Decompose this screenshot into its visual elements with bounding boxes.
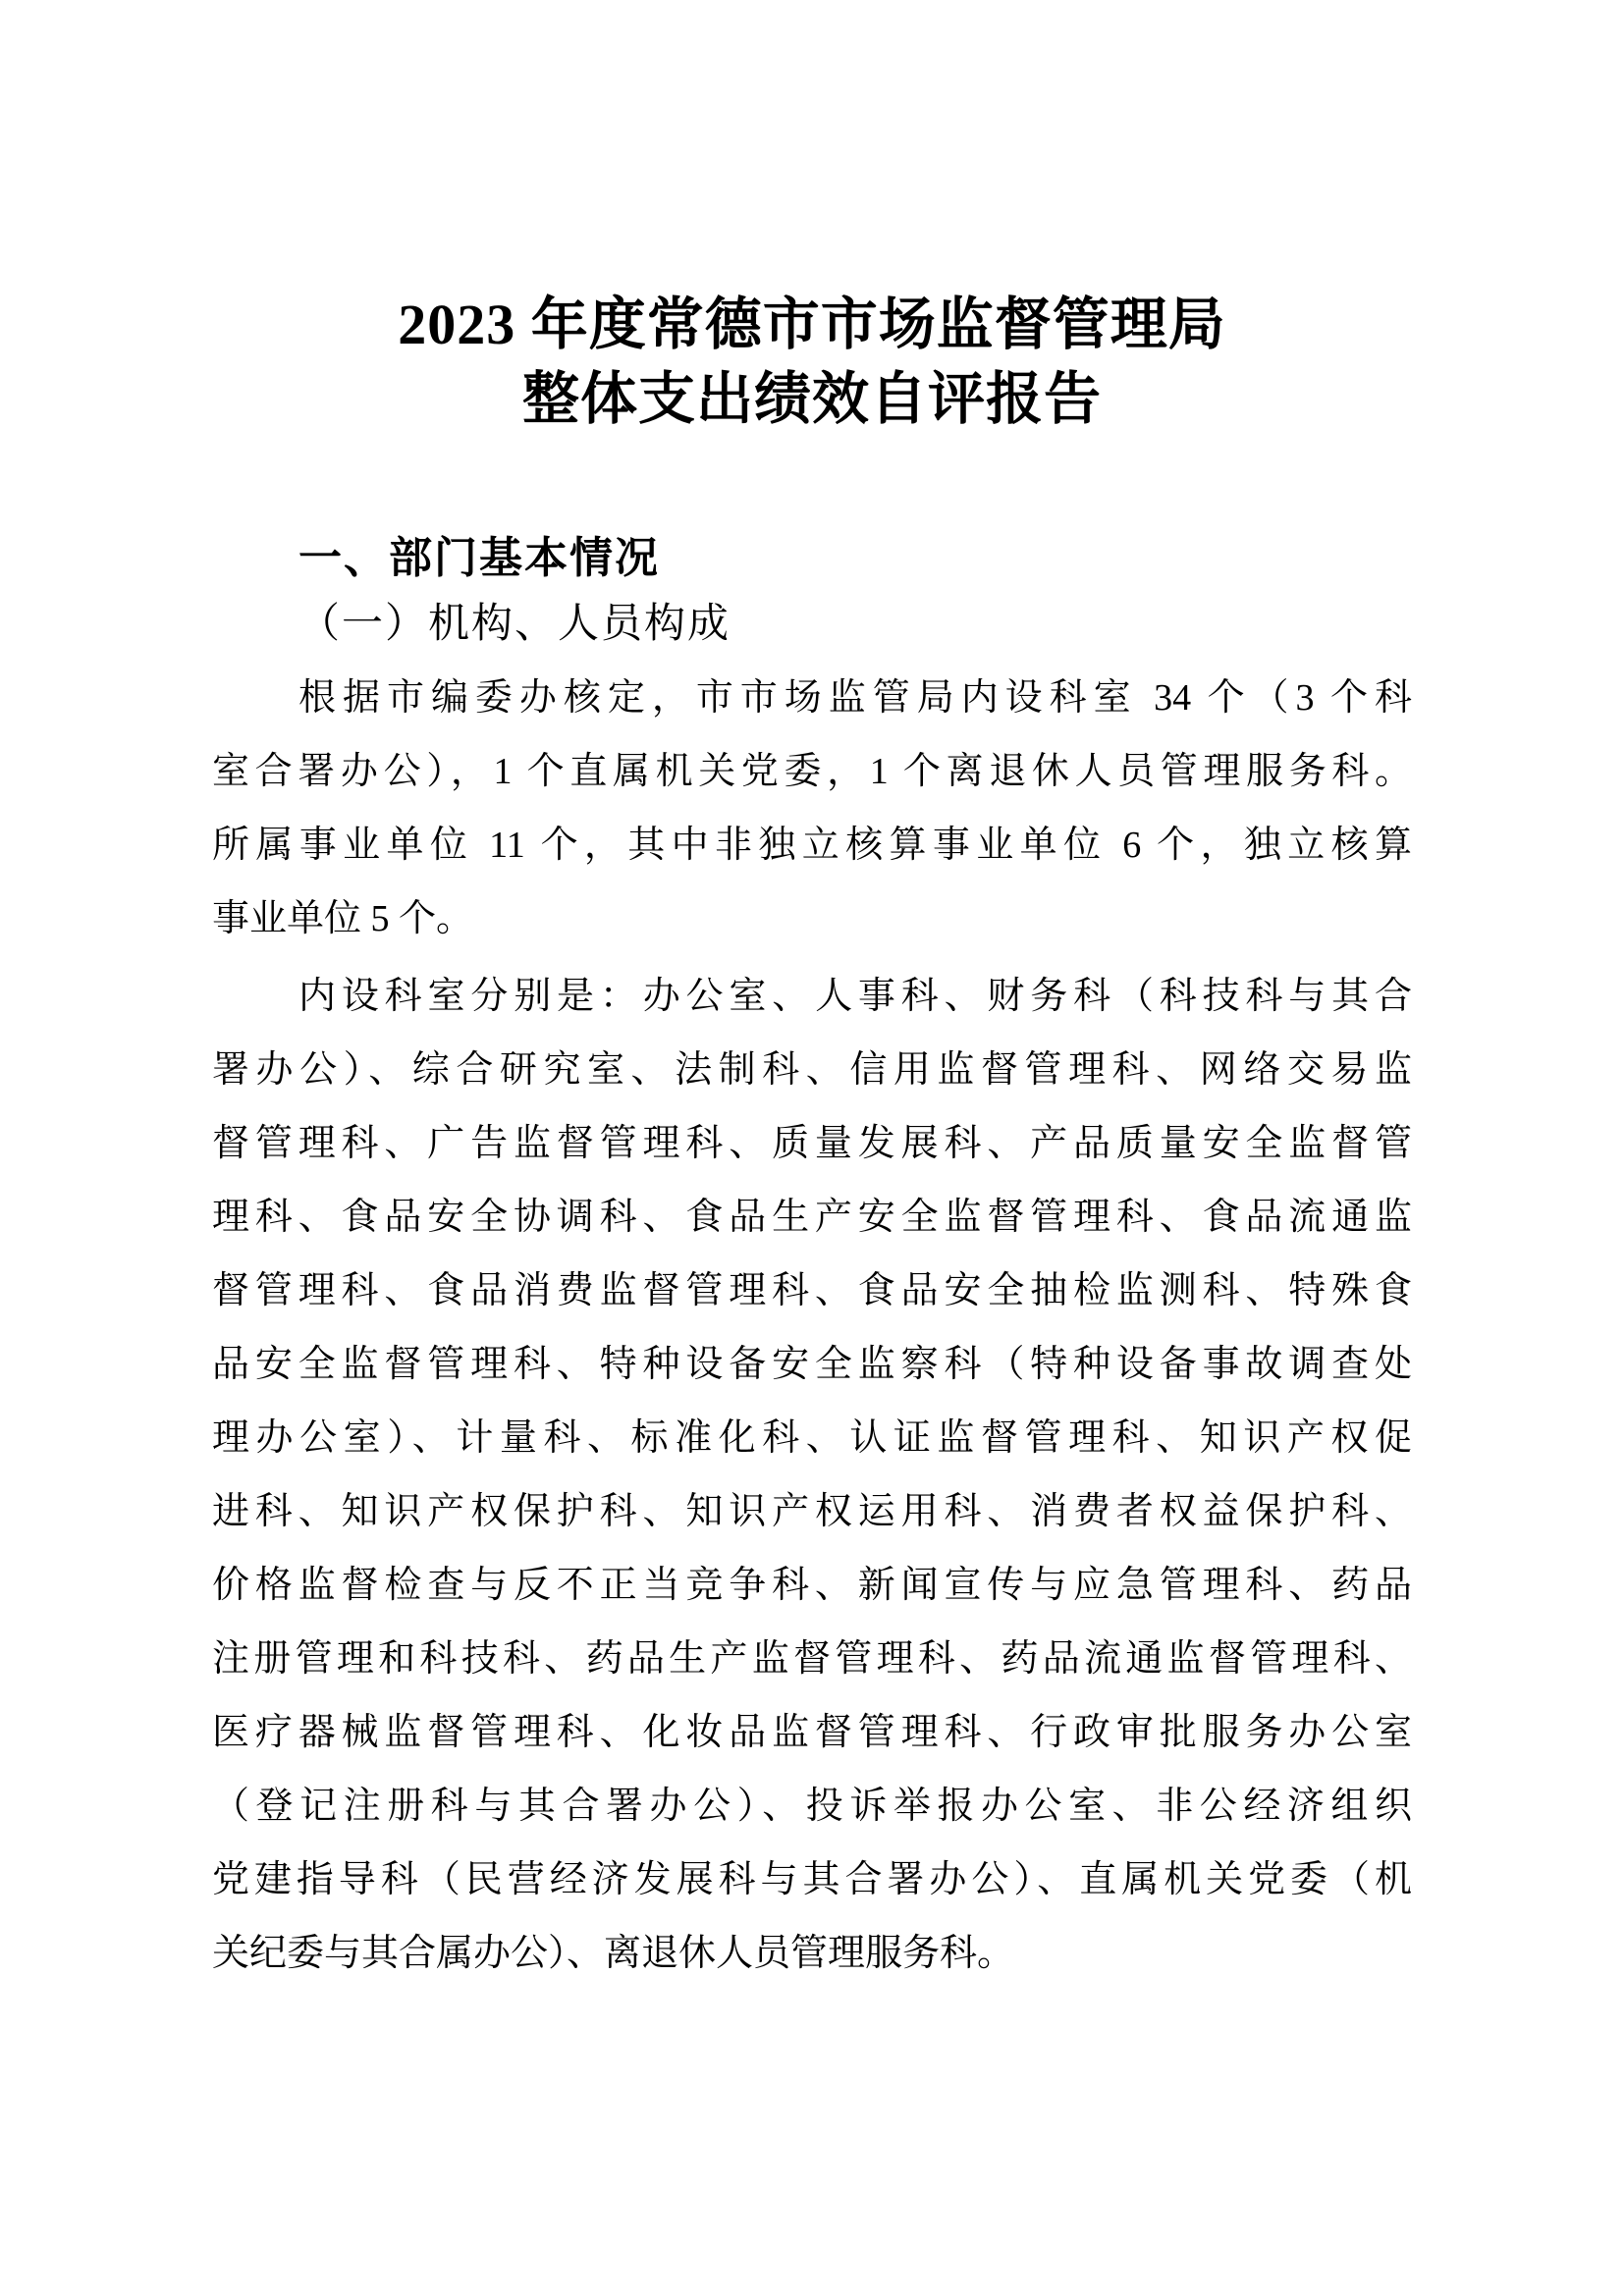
- text-line: 所属事业单位 11 个，其中非独立核算事业单位 6 个，独立核算: [212, 809, 1412, 882]
- text-line: 党建指导科（民营经济发展科与其合署办公）、直属机关党委（机: [212, 1843, 1412, 1917]
- text-line: 室合署办公），1 个直属机关党委，1 个离退休人员管理服务科。: [212, 735, 1412, 809]
- section-heading: 一、部门基本情况: [212, 530, 1412, 587]
- document-title-line-2: 整体支出绩效自评报告: [212, 362, 1412, 437]
- text-line: 督管理科、广告监督管理科、质量发展科、产品质量安全监督管: [212, 1107, 1412, 1181]
- document-page: 2023 年度常德市市场监督管理局 整体支出绩效自评报告 一、部门基本情况 （一…: [0, 0, 1624, 2296]
- text-line: 注册管理和科技科、药品生产监督管理科、药品流通监督管理科、: [212, 1623, 1412, 1696]
- text-line: 理科、食品安全协调科、食品生产安全监督管理科、食品流通监: [212, 1181, 1412, 1255]
- text-line: 关纪委与其合属办公）、离退休人员管理服务科。: [212, 1917, 1412, 1991]
- document-title-line-1: 2023 年度常德市市场监督管理局: [212, 288, 1412, 362]
- text-line: 督管理科、食品消费监督管理科、食品安全抽检监测科、特殊食: [212, 1255, 1412, 1328]
- text-line: 内设科室分别是：办公室、人事科、财务科（科技科与其合: [212, 960, 1412, 1034]
- text-line: 医疗器械监督管理科、化妆品监督管理科、行政审批服务办公室: [212, 1696, 1412, 1770]
- text-line: （登记注册科与其合署办公）、投诉举报办公室、非公经济组织: [212, 1770, 1412, 1843]
- text-line: 理办公室）、计量科、标准化科、认证监督管理科、知识产权促: [212, 1402, 1412, 1475]
- paragraph-org-overview: 根据市编委办核定，市市场监管局内设科室 34 个（3 个科室合署办公），1 个直…: [212, 662, 1412, 956]
- paragraph-internal-departments: 内设科室分别是：办公室、人事科、财务科（科技科与其合署办公）、综合研究室、法制科…: [212, 960, 1412, 1991]
- text-line: 根据市编委办核定，市市场监管局内设科室 34 个（3 个科: [212, 662, 1412, 735]
- document-title: 2023 年度常德市市场监督管理局 整体支出绩效自评报告: [212, 0, 1412, 437]
- text-line: 事业单位 5 个。: [212, 882, 1412, 956]
- text-line: 进科、知识产权保护科、知识产权运用科、消费者权益保护科、: [212, 1475, 1412, 1549]
- document-content: 2023 年度常德市市场监督管理局 整体支出绩效自评报告 一、部门基本情况 （一…: [0, 0, 1624, 1991]
- text-line: 署办公）、综合研究室、法制科、信用监督管理科、网络交易监: [212, 1034, 1412, 1107]
- subsection-heading: （一）机构、人员构成: [212, 597, 1412, 652]
- text-line: 品安全监督管理科、特种设备安全监察科（特种设备事故调查处: [212, 1328, 1412, 1402]
- text-line: 价格监督检查与反不正当竞争科、新闻宣传与应急管理科、药品: [212, 1549, 1412, 1623]
